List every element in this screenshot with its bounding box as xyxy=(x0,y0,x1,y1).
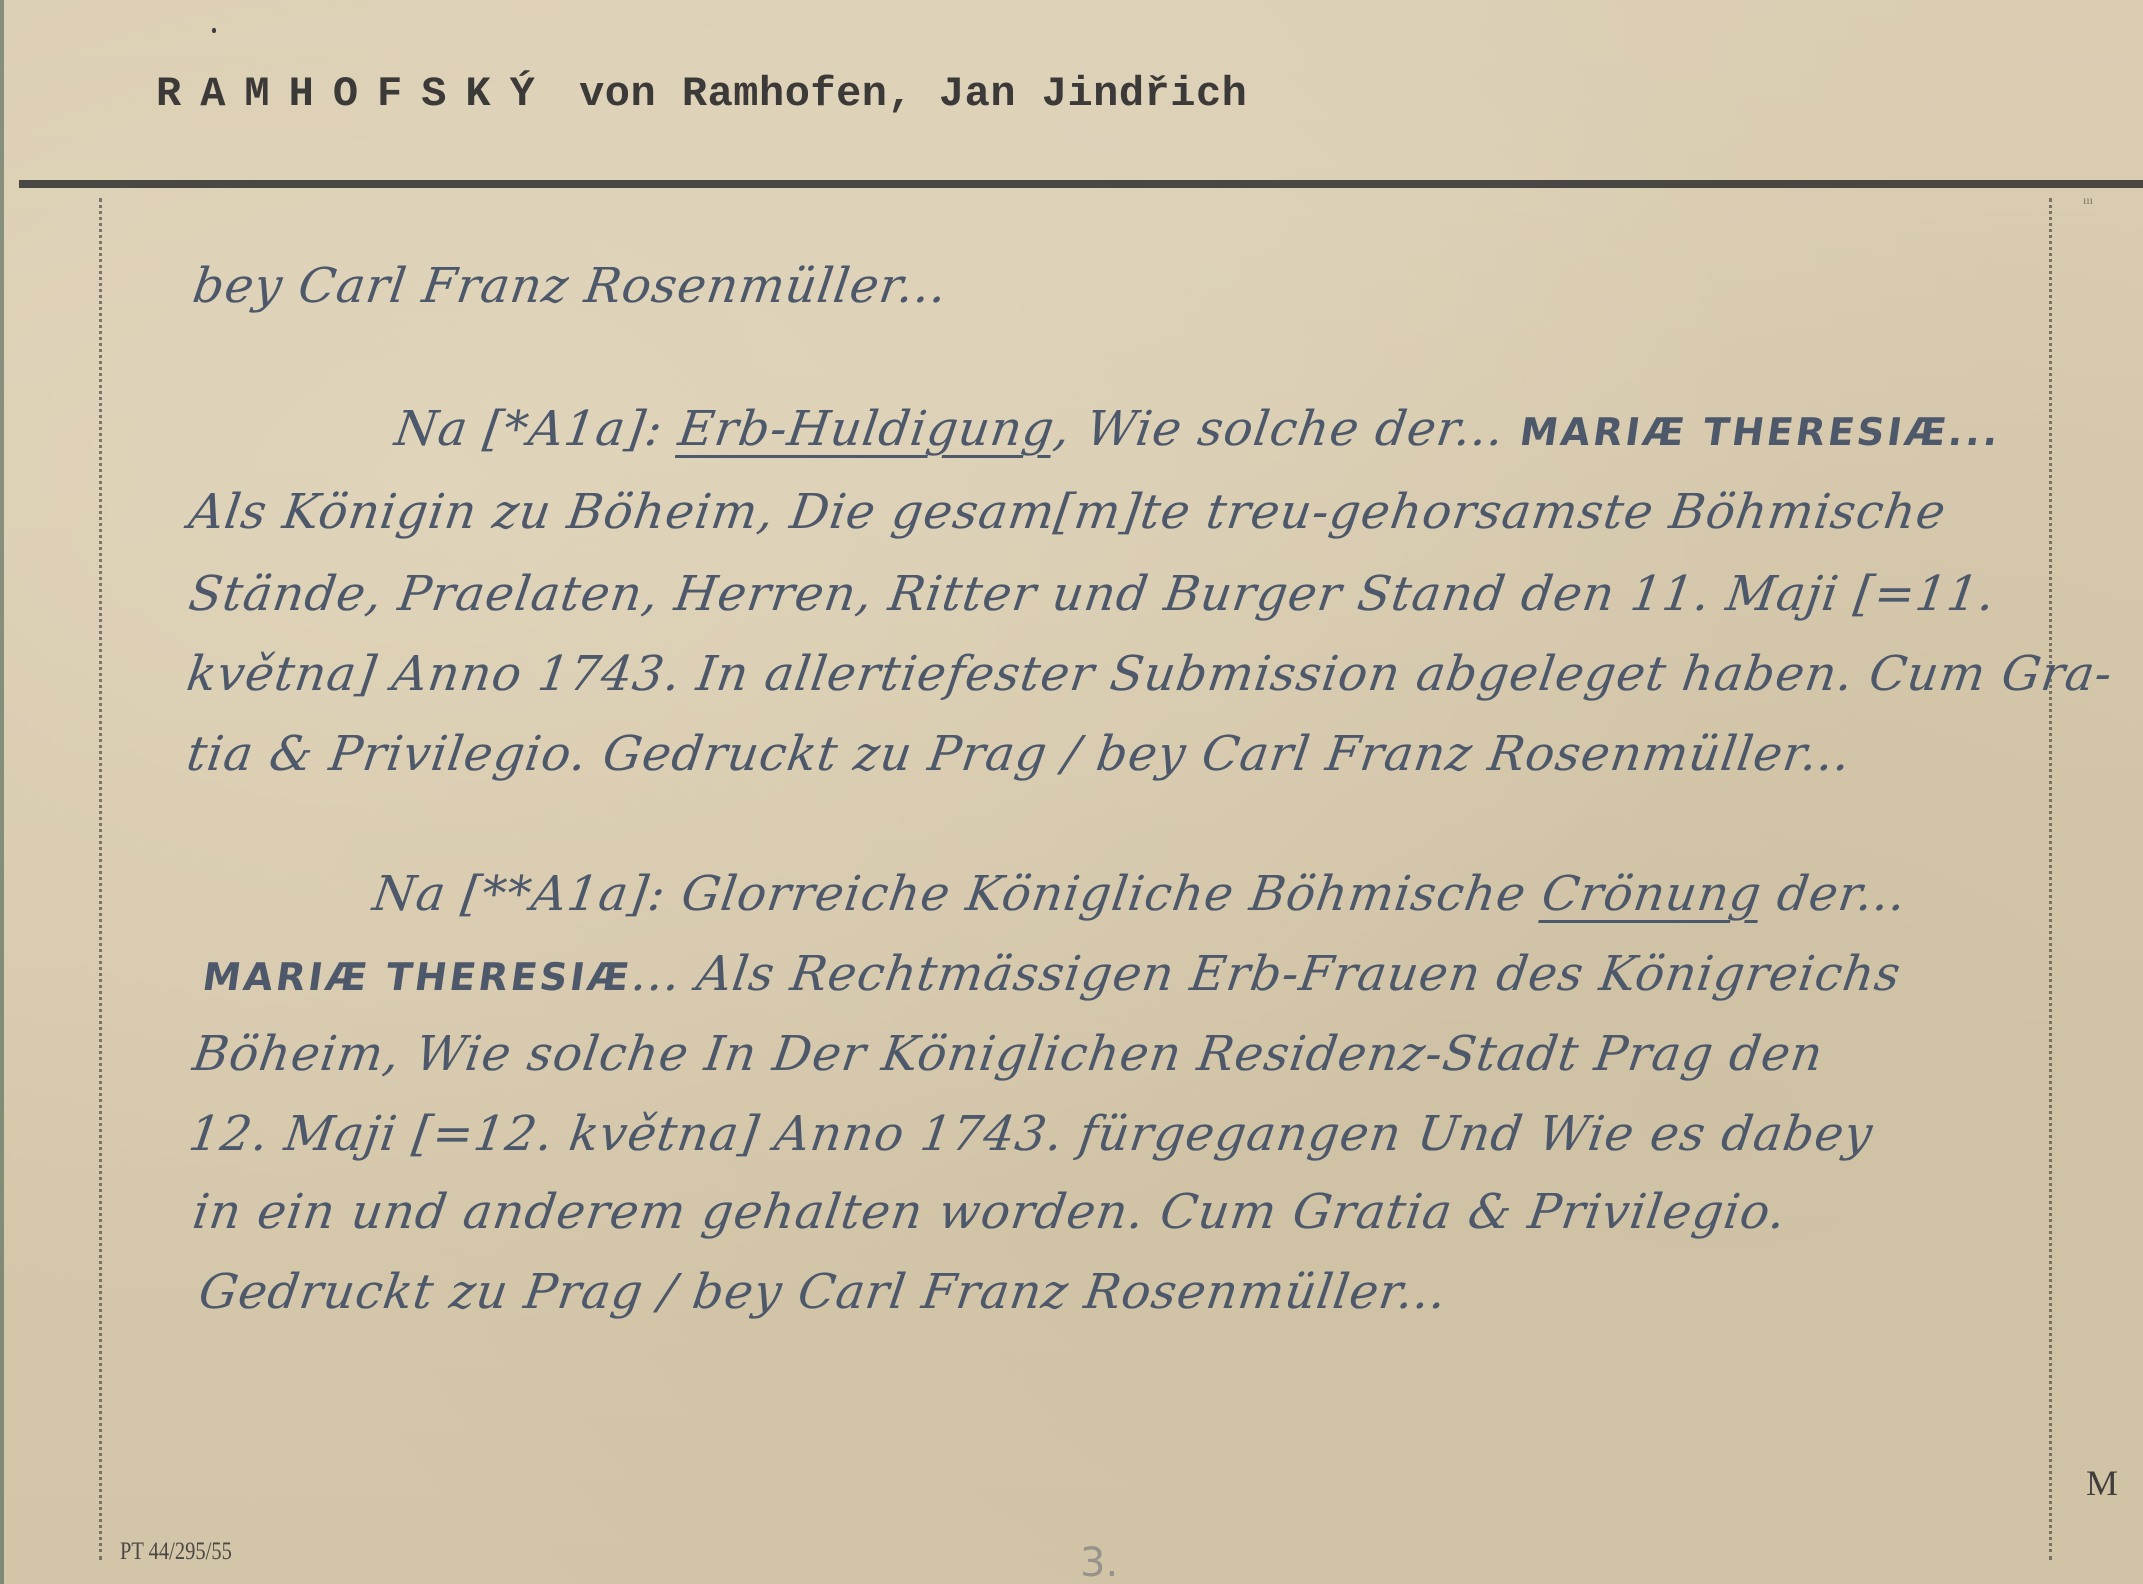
corner-letter: M xyxy=(2086,1462,2118,1504)
line-text: Stände, Praelaten, Herren, Ritter und Bu… xyxy=(185,566,1999,622)
heading-rule xyxy=(19,180,2143,188)
line-text: 12. Maji [=12. května] Anno 1743. fürgeg… xyxy=(185,1106,1876,1162)
handwritten-line-9: Böheim, Wie solche In Der Königlichen Re… xyxy=(190,1030,1826,1078)
catalog-card: RAMHOFSKÝ von Ramhofen, Jan Jindřich ııı… xyxy=(0,0,2143,1584)
margin-mark: ııı xyxy=(2083,193,2093,208)
line-text: , Wie solche der... xyxy=(1050,401,1524,457)
handwritten-line-4: Stände, Praelaten, Herren, Ritter und Bu… xyxy=(186,570,1999,618)
handwritten-line-12: Gedruckt zu Prag / bey Carl Franz Rosenm… xyxy=(196,1268,1450,1316)
line-text: Als Königin zu Böheim, Die gesam[m]te tr… xyxy=(185,484,1949,540)
ink-dot xyxy=(212,28,216,33)
caps-name: MARIÆ THERESIÆ... xyxy=(1517,410,2004,454)
line-text: der... xyxy=(1757,866,1910,922)
line-text: Gedruckt zu Prag / bey Carl Franz Rosenm… xyxy=(195,1264,1450,1320)
catalog-id: PT 44/295/55 xyxy=(120,1538,232,1566)
line-text: května] Anno 1743. In allertiefester Sub… xyxy=(183,646,2116,702)
line-text: Böheim, Wie solche In Der Königlichen Re… xyxy=(189,1026,1826,1082)
handwritten-line-8: MARIÆ THERESIÆ... Als Rechtmässigen Erb-… xyxy=(200,950,1904,998)
card-left-edge xyxy=(0,0,4,1584)
card-heading: RAMHOFSKÝ von Ramhofen, Jan Jindřich xyxy=(156,70,1247,118)
handwritten-line-7: Na [**A1a]: Glorreiche Königliche Böhmis… xyxy=(370,870,1910,918)
handwritten-line-5: května] Anno 1743. In allertiefester Sub… xyxy=(184,650,2116,698)
caps-name: MARIÆ THERESIÆ xyxy=(200,955,635,999)
entry-title-underlined: Erb-Huldigung xyxy=(675,401,1058,457)
heading-surname: RAMHOFSKÝ xyxy=(156,70,554,118)
right-margin-line xyxy=(2049,198,2052,1560)
entry-title-underlined: Crönung xyxy=(1538,866,1765,922)
entry-ref: Na [*A1a]: xyxy=(391,401,682,457)
entry-ref: Na [**A1a]: Glorreiche Königliche Böhmis… xyxy=(369,866,1546,922)
handwritten-line-10: 12. Maji [=12. května] Anno 1743. fürgeg… xyxy=(186,1110,1876,1158)
handwritten-line-2: Na [*A1a]: Erb-Huldigung, Wie solche der… xyxy=(392,405,2005,453)
line-text: ... Als Rechtmässigen Erb-Frauen des Kön… xyxy=(628,946,1904,1002)
pencil-number: 3. xyxy=(1080,1540,1118,1584)
handwritten-line-11: in ein und anderem gehalten worden. Cum … xyxy=(190,1188,1789,1236)
left-margin-line xyxy=(99,198,102,1560)
handwritten-line-6: tia & Privilegio. Gedruckt zu Prag / bey… xyxy=(184,730,1854,778)
line-text: tia & Privilegio. Gedruckt zu Prag / bey… xyxy=(183,726,1854,782)
line-text: bey Carl Franz Rosenmüller... xyxy=(189,258,951,314)
heading-given-names: von Ramhofen, Jan Jindřich xyxy=(579,70,1247,118)
handwritten-line-1: bey Carl Franz Rosenmüller... xyxy=(190,262,950,310)
line-text: in ein und anderem gehalten worden. Cum … xyxy=(189,1184,1789,1240)
handwritten-line-3: Als Königin zu Böheim, Die gesam[m]te tr… xyxy=(186,488,1949,536)
